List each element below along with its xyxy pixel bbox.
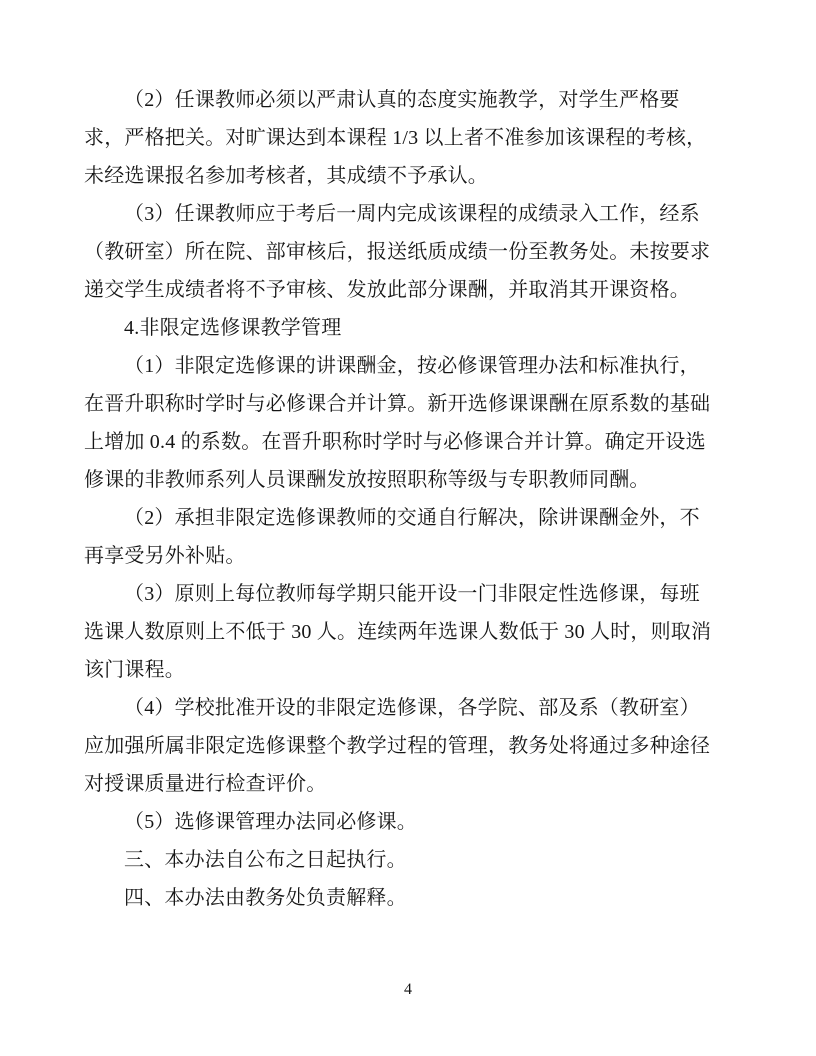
paragraph: 四、本办法由教务处负责解释。 (84, 879, 714, 917)
document-page: （2）任课教师必须以严肃认真的态度实施教学，对学生严格要求，严格把关。对旷课达到… (0, 0, 816, 1056)
paragraph: （3）原则上每位教师每学期只能开设一门非限定性选修课，每班选课人数原则上不低于 … (84, 575, 714, 689)
paragraph: （5）选修课管理办法同必修课。 (84, 803, 714, 841)
paragraph: （2）任课教师必须以严肃认真的态度实施教学，对学生严格要求，严格把关。对旷课达到… (84, 81, 714, 195)
paragraph: （1）非限定选修课的讲课酬金，按必修课管理办法和标准执行，在晋升职称时学时与必修… (84, 347, 714, 499)
paragraph: 4.非限定选修课教学管理 (84, 309, 714, 347)
document-body: （2）任课教师必须以严肃认真的态度实施教学，对学生严格要求，严格把关。对旷课达到… (84, 81, 714, 917)
paragraph: （2）承担非限定选修课教师的交通自行解决，除讲课酬金外，不再享受另外补贴。 (84, 499, 714, 575)
paragraph: 三、本办法自公布之日起执行。 (84, 841, 714, 879)
paragraph: （4）学校批准开设的非限定选修课，各学院、部及系（教研室）应加强所属非限定选修课… (84, 689, 714, 803)
page-number: 4 (0, 981, 816, 999)
paragraph: （3）任课教师应于考后一周内完成该课程的成绩录入工作，经系（教研室）所在院、部审… (84, 195, 714, 309)
